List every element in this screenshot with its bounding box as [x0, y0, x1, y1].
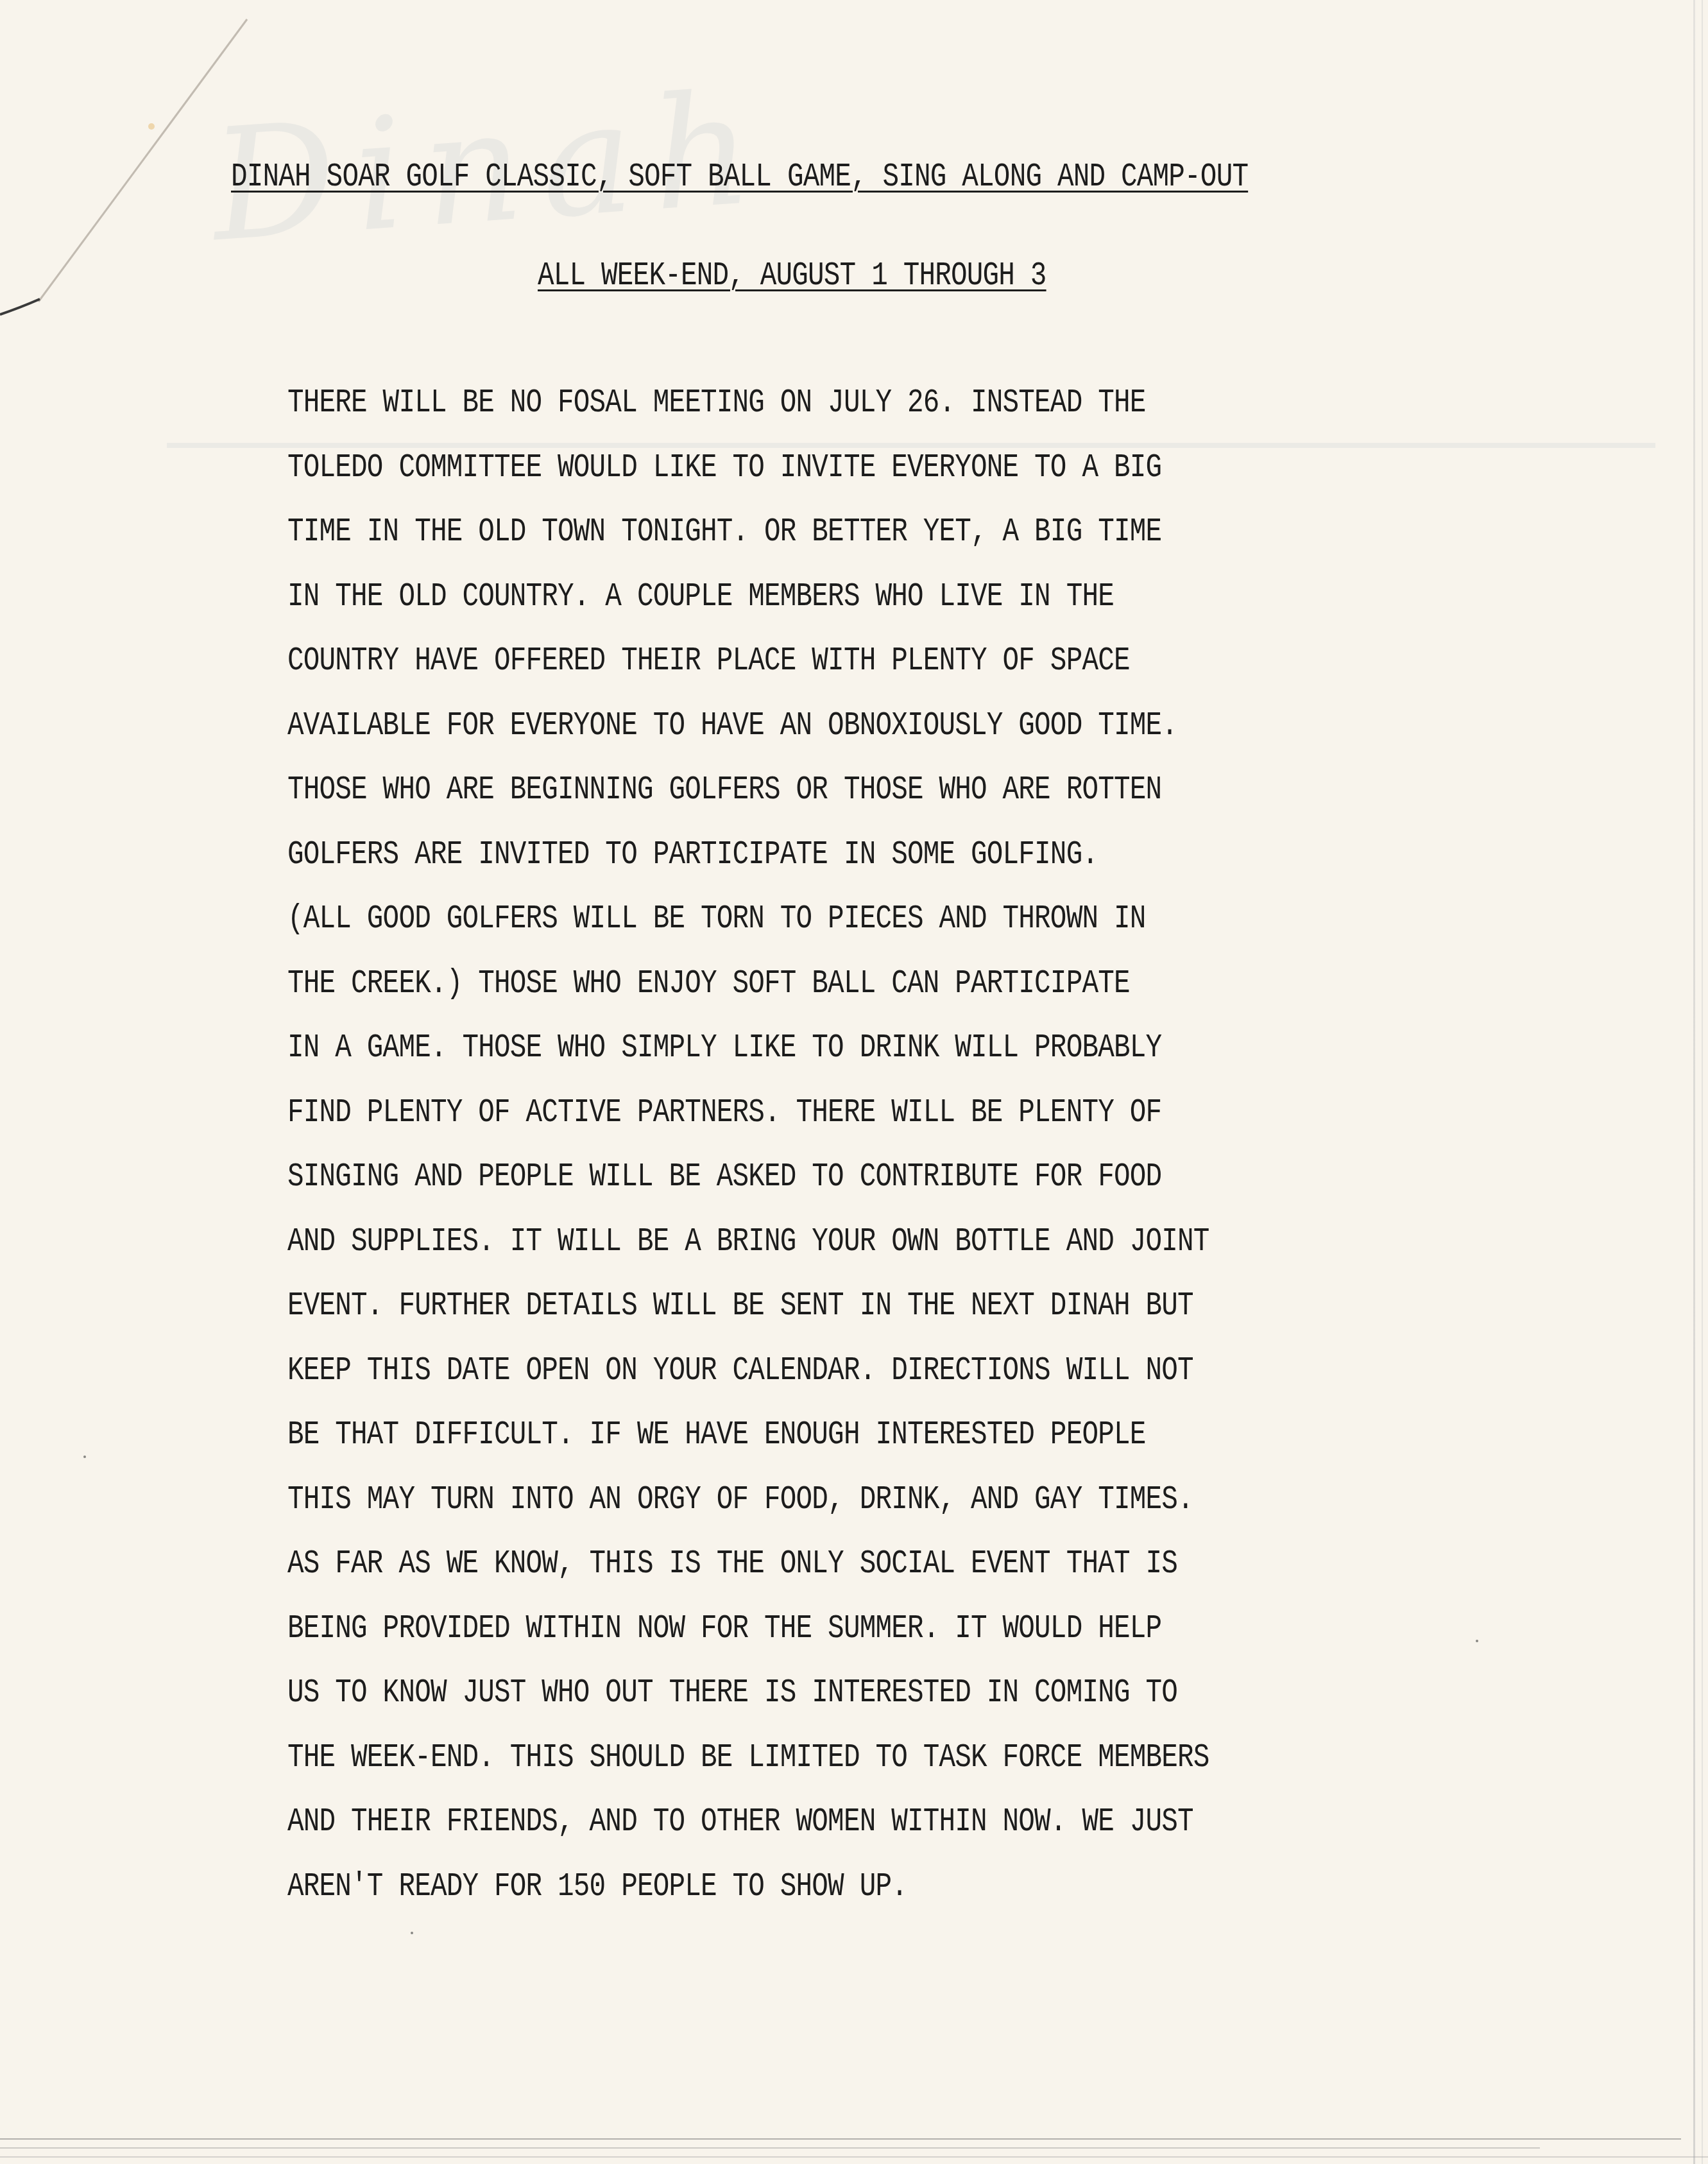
document-title: DINAH SOAR GOLF CLASSIC, SOFT BALL GAME,… [231, 158, 1248, 196]
sheet-bottom-edge [0, 2138, 1681, 2140]
sheet-bottom-edge [0, 2147, 1540, 2149]
body-line: THERE WILL BE NO FOSAL MEETING ON JULY 2… [287, 384, 1340, 449]
body-line: IN A GAME. THOSE WHO SIMPLY LIKE TO DRIN… [287, 1029, 1340, 1094]
body-line: FIND PLENTY OF ACTIVE PARTNERS. THERE WI… [287, 1094, 1340, 1158]
body-line: GOLFERS ARE INVITED TO PARTICIPATE IN SO… [287, 836, 1340, 900]
body-line: (ALL GOOD GOLFERS WILL BE TORN TO PIECES… [287, 900, 1340, 965]
body-line: SINGING AND PEOPLE WILL BE ASKED TO CONT… [287, 1158, 1340, 1223]
document-body: THERE WILL BE NO FOSAL MEETING ON JULY 2… [287, 384, 1571, 1932]
body-line: THE CREEK.) THOSE WHO ENJOY SOFT BALL CA… [287, 965, 1340, 1029]
body-line: AREN'T READY FOR 150 PEOPLE TO SHOW UP. [287, 1868, 1340, 1932]
body-line: US TO KNOW JUST WHO OUT THERE IS INTERES… [287, 1674, 1340, 1739]
document-subtitle: ALL WEEK-END, AUGUST 1 THROUGH 3 [538, 257, 1046, 295]
body-line: THIS MAY TURN INTO AN ORGY OF FOOD, DRIN… [287, 1481, 1340, 1545]
body-line: AVAILABLE FOR EVERYONE TO HAVE AN OBNOXI… [287, 707, 1340, 771]
body-line: EVENT. FURTHER DETAILS WILL BE SENT IN T… [287, 1287, 1340, 1352]
body-line: KEEP THIS DATE OPEN ON YOUR CALENDAR. DI… [287, 1352, 1340, 1416]
body-line: BEING PROVIDED WITHIN NOW FOR THE SUMMER… [287, 1610, 1340, 1674]
body-line: TOLEDO COMMITTEE WOULD LIKE TO INVITE EV… [287, 449, 1340, 513]
body-line: BE THAT DIFFICULT. IF WE HAVE ENOUGH INT… [287, 1416, 1340, 1481]
body-line: AND THEIR FRIENDS, AND TO OTHER WOMEN WI… [287, 1803, 1340, 1868]
body-line: AND SUPPLIES. IT WILL BE A BRING YOUR OW… [287, 1223, 1340, 1287]
body-line: AS FAR AS WE KNOW, THIS IS THE ONLY SOCI… [287, 1545, 1340, 1610]
body-line: COUNTRY HAVE OFFERED THEIR PLACE WITH PL… [287, 642, 1340, 707]
paper-speck [411, 1932, 413, 1934]
body-line: THOSE WHO ARE BEGINNING GOLFERS OR THOSE… [287, 771, 1340, 836]
document-page: Dinah DINAH SOAR GOLF CLASSIC, SOFT BALL… [0, 0, 1708, 2164]
body-line: THE WEEK-END. THIS SHOULD BE LIMITED TO … [287, 1739, 1340, 1803]
paper-speck [1476, 1640, 1478, 1642]
body-line: IN THE OLD COUNTRY. A COUPLE MEMBERS WHO… [287, 578, 1340, 642]
folded-corner-crease [0, 0, 269, 334]
sheet-right-edge [1693, 0, 1695, 2164]
paper-speck [83, 1456, 86, 1458]
sheet-right-edge [1702, 0, 1703, 2164]
sheet-bottom-edge [0, 2156, 1708, 2158]
body-line: TIME IN THE OLD TOWN TONIGHT. OR BETTER … [287, 513, 1340, 578]
